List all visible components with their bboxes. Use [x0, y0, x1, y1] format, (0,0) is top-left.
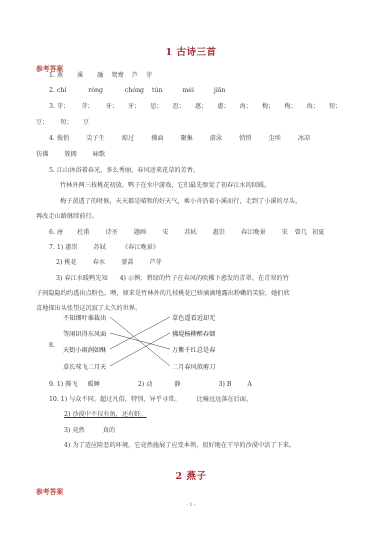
q3-item: 惠；	[195, 103, 207, 110]
q4-item: 咏歌	[93, 151, 105, 158]
question-1: 1. 燕 溪 融 鸳鸯 芦 芽	[49, 72, 152, 80]
q6-item: 曾几	[295, 229, 307, 236]
q6-item: 6. 唐	[49, 229, 63, 236]
q7-item: 7. 1) 惠崇	[49, 244, 78, 251]
q2-item: jiān	[214, 87, 226, 94]
question-5-line3: 梅子黄透了的时候，天天都是晴和的好天气，乘小舟沿着小溪而行，走到了小溪的尽头，	[60, 198, 301, 206]
q1-item: 溪	[77, 72, 83, 79]
q3-item: 海；	[240, 103, 252, 110]
q4-item: 4. 俊俏	[49, 135, 69, 142]
answer-heading-2: 参考答案	[36, 486, 63, 496]
q2-item: chóng	[125, 87, 144, 94]
page-number: - 1 -	[0, 503, 382, 508]
matching-lines	[30, 310, 230, 380]
q7-item: 春水	[93, 259, 105, 266]
q7-item: 苏轼	[94, 244, 106, 251]
question-3: 3. 芽； 芽； 牙； 牙； 思； 思； 惠； 惠； 海； 梅； 梅； 海； 短…	[49, 103, 341, 111]
q9-item: 2) 动	[138, 381, 153, 388]
q3-item: 牙；	[128, 103, 140, 110]
q7-item: 《春江晚景》	[122, 244, 159, 251]
question-7-2: 2) 桃花 春水 蒌蒿 芦芽	[56, 259, 162, 267]
q10-item: 真的	[103, 427, 115, 434]
q7-item: 蒌蒿	[121, 259, 133, 266]
question-7-1: 7. 1) 惠崇 苏轼 《春江晚景》	[49, 244, 159, 252]
q1-item: 1. 燕	[49, 72, 63, 79]
q4-item: 游泳	[210, 135, 222, 142]
question-2: 2. chí róng chóng tún méi jiān	[49, 87, 225, 95]
question-3-cont: 豆； 短； 豆	[36, 119, 89, 127]
section-title-2: 2 燕子	[0, 468, 382, 482]
question-10-4: 4) 为了适应险恶的环境，它竟然施展了应变本领，很好地在干旱的沙漠中活了下来。	[64, 442, 295, 450]
q4-item: 尘埃	[268, 135, 280, 142]
q6-item: 题画	[134, 229, 146, 236]
question-6: 6. 唐 杜甫 诗圣 题画 宋 苏轼 惠崇 春江晚景 宋 曾几 初夏	[49, 229, 325, 237]
q6-item: 杜甫	[77, 229, 89, 236]
question-7-3-line2: 子间隐隐约约透出点粉色。噢，原来是竹林外的几枝桃花已娇滴滴地露出粉嫩的笑脸，她们…	[36, 290, 290, 298]
q10-item: 比喻远远落在后面。	[196, 396, 252, 403]
q7-item: 3) 春江水暖鸭先知	[56, 275, 108, 282]
q1-item: 鸳鸯	[111, 72, 123, 79]
q7-item: 2) 桃花	[56, 259, 77, 266]
q1-item: 芽	[146, 72, 152, 79]
match-line-1-4	[110, 317, 170, 366]
question-4-cont: 仿佛 簇拥 咏歌	[36, 151, 105, 159]
q3-item: 3. 芽；	[49, 103, 69, 110]
section-title: 1 古诗三首	[0, 44, 382, 58]
q4-item: 掠过	[122, 135, 134, 142]
question-10-2: 2) 沙漠中不仅有鱼，还有虾。	[64, 411, 147, 419]
q3-item: 短；	[329, 103, 341, 110]
q6-item: 宋	[162, 229, 168, 236]
q10-item: 10. 1) 与众不同，超过凡俗、特别、异乎寻常。	[49, 396, 181, 403]
q9-item: 3) B	[219, 381, 232, 388]
q9-item: 静	[174, 381, 180, 388]
q4-item: 拂面	[151, 135, 163, 142]
q3-item: 豆；	[36, 119, 48, 126]
q1-item: 芦	[132, 72, 138, 79]
q3-item: 短；	[60, 119, 72, 126]
q3-item: 牙；	[106, 103, 118, 110]
q4-item: 尖子生	[86, 135, 105, 142]
q10-item: 3) 竟然	[64, 427, 85, 434]
q6-item: 诗圣	[105, 229, 117, 236]
matching-diagram: 8. 不知细叶谁裁出 等闲识得东风面 天街小雨润如酥 草长莺飞二月天 草色遥看近…	[30, 310, 230, 380]
question-7-3: 3) 春江水暖鸭先知 4) 示例：碧绿的竹子在春风的吹拂下愈发的青翠。在青翠的竹	[56, 275, 289, 283]
q3-item: 海；	[307, 103, 319, 110]
question-5: 5. 江山沐浴着春光，多么秀丽，春风送来花草的芳香。	[49, 167, 199, 175]
q3-item: 梅；	[284, 103, 296, 110]
q2-item: róng	[88, 87, 103, 94]
q3-item: 惠；	[217, 103, 229, 110]
q9-item: 9. 1) 腾飞	[49, 381, 78, 388]
q6-item: 惠崇	[213, 229, 225, 236]
q7-item: 芦芽	[149, 259, 161, 266]
q7-item: 4) 示例：碧绿的竹子在春风的吹拂下愈发的青翠。在青翠的竹	[120, 275, 289, 282]
match-line-2-3	[110, 333, 170, 349]
question-9: 9. 1) 腾飞 暖睡 2) 动 静 3) B A	[49, 381, 252, 389]
q3-item: 豆	[83, 119, 89, 126]
q3-item: 思；	[173, 103, 185, 110]
match-line-4-2	[110, 333, 170, 366]
q2-item: méi	[182, 87, 194, 94]
q6-item: 初夏	[312, 229, 324, 236]
question-4: 4. 俊俏 尖子生 掠过 拂面 聚集 游泳 悄悄 尘埃 冰凉	[49, 135, 310, 143]
q3-item: 芽；	[81, 103, 93, 110]
q9-item: A	[247, 381, 251, 388]
q4-item: 聚集	[180, 135, 192, 142]
question-5-line4: 再改走山路继续前行。	[36, 213, 98, 221]
question-10-1: 10. 1) 与众不同，超过凡俗、特别、异乎寻常。 比喻远远落在后面。	[49, 396, 252, 404]
q4-item: 仿佛	[36, 151, 48, 158]
q2-item: tún	[152, 87, 162, 94]
q6-item: 宋	[282, 229, 288, 236]
match-line-3-1	[110, 317, 170, 349]
q4-item: 悄悄	[239, 135, 251, 142]
q9-item: 暖睡	[88, 381, 100, 388]
q4-item: 簇拥	[64, 151, 76, 158]
document-page: 1 古诗三首 参考答案 1. 燕 溪 融 鸳鸯 芦 芽 2. chí róng …	[0, 0, 382, 540]
q6-item: 春江晚景	[241, 229, 266, 236]
q2-item: 2. chí	[49, 87, 66, 94]
question-5-line2: 竹林外两三枝桃花初放，鸭子在水中游戏，它们最先察觉了初春江水的回暖。	[60, 182, 270, 190]
q4-item: 冰凉	[298, 135, 310, 142]
q3-item: 梅；	[262, 103, 274, 110]
q1-item: 融	[97, 72, 103, 79]
q6-item: 苏轼	[184, 229, 196, 236]
q3-item: 思；	[150, 103, 162, 110]
question-10-3: 3) 竟然 真的	[64, 427, 115, 435]
